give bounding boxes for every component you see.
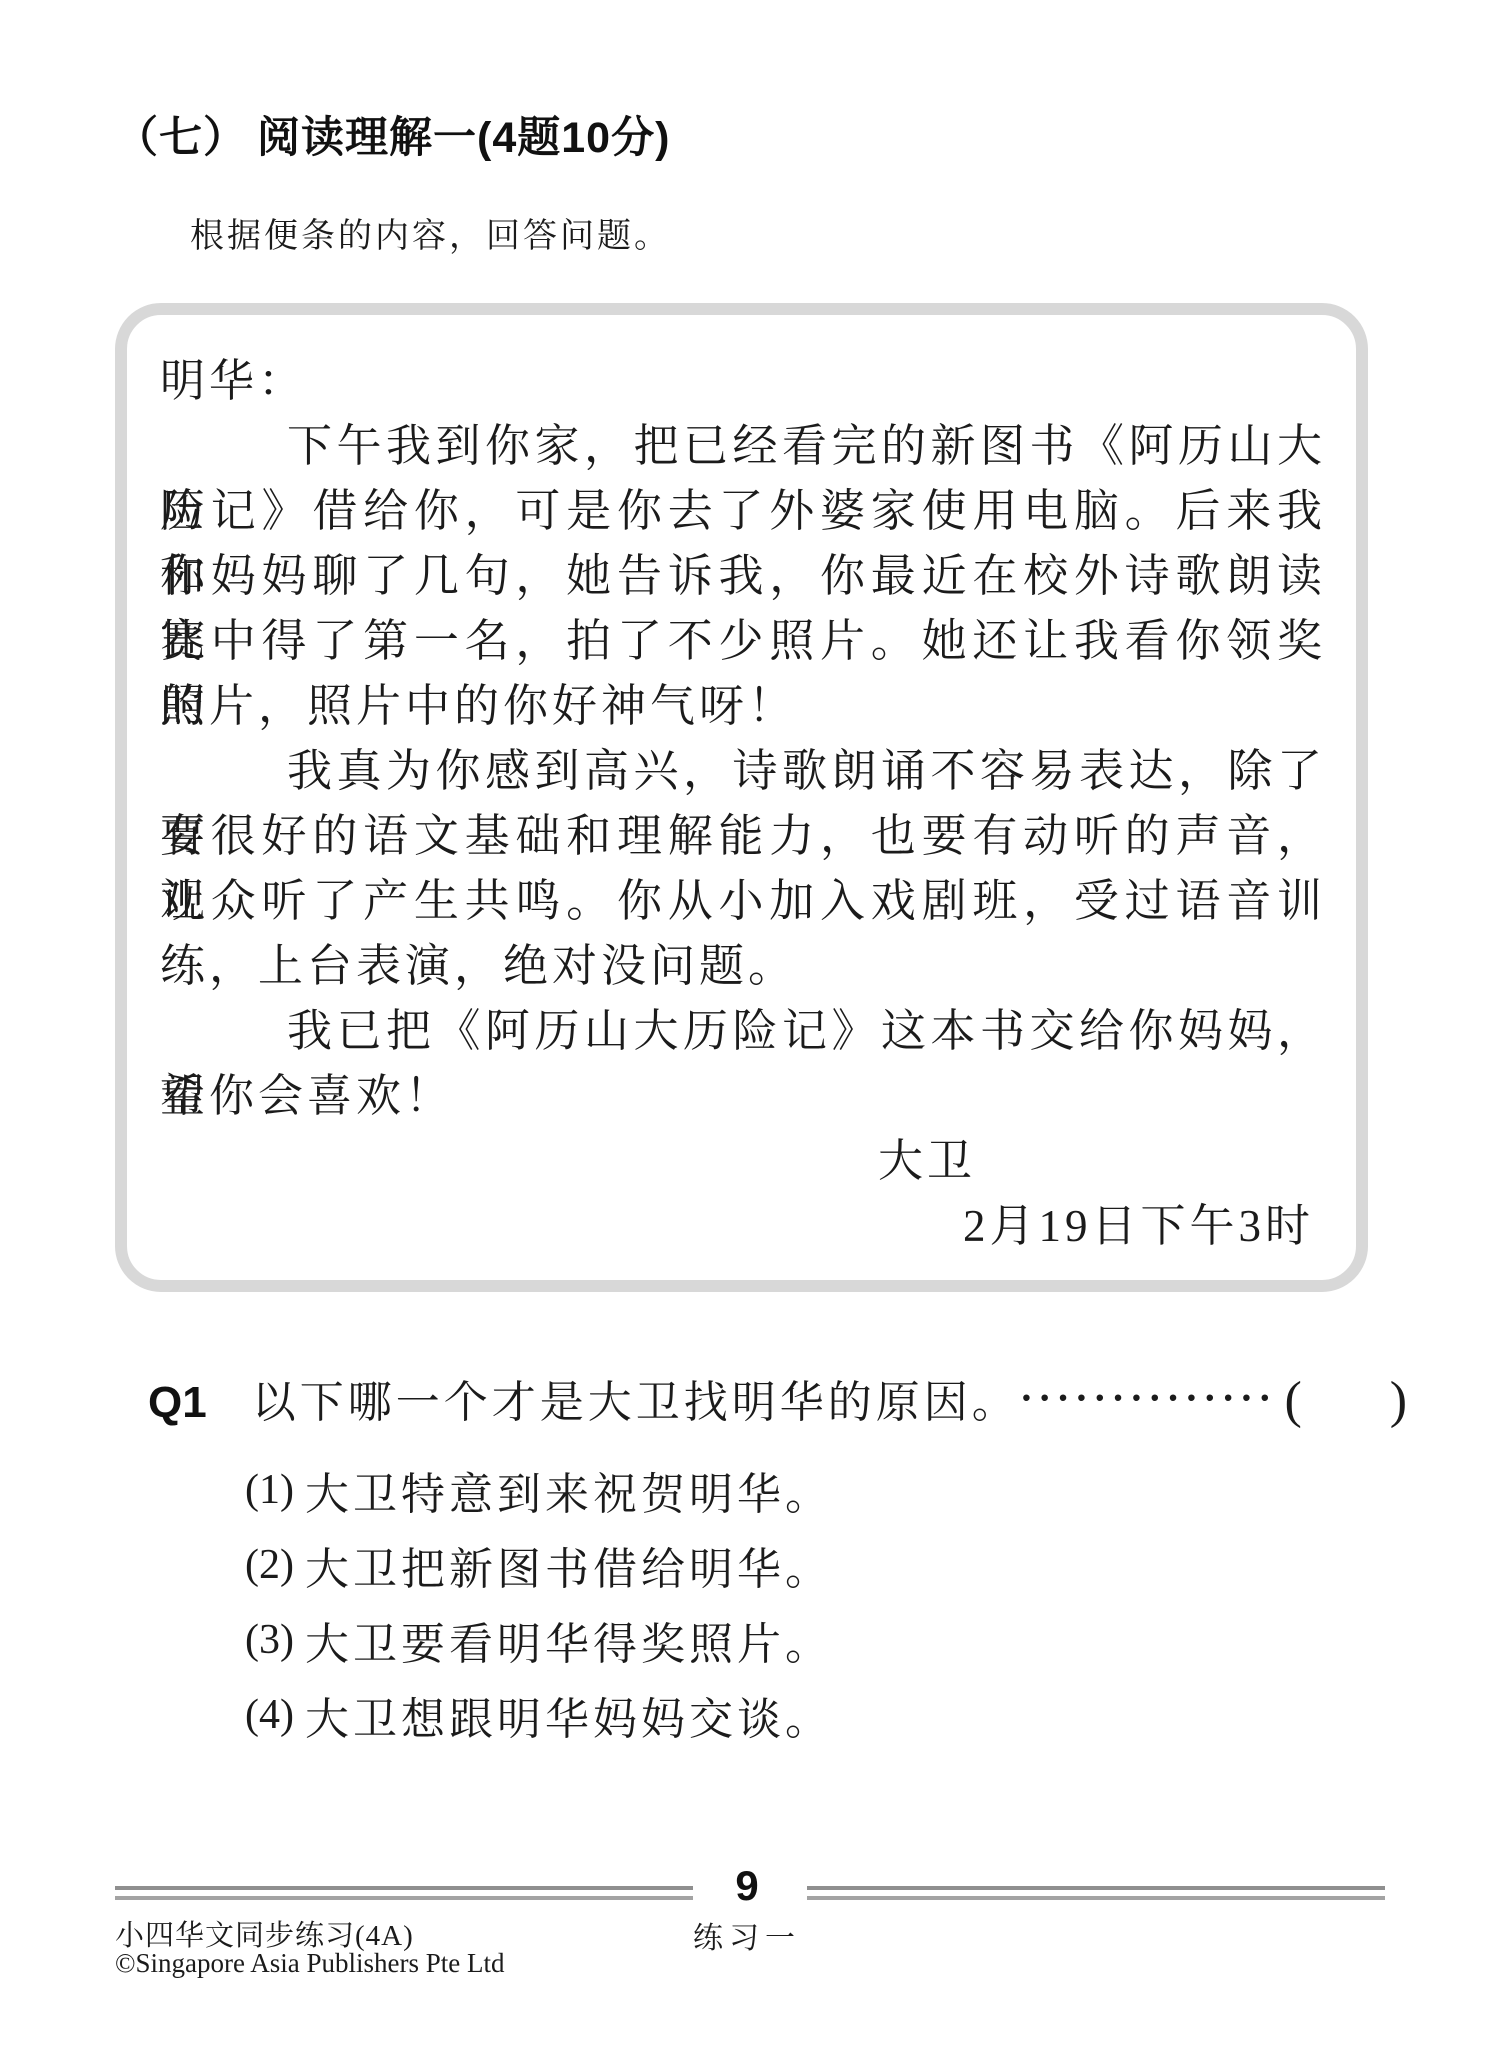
instruction-text: 根据便条的内容，回答问题。 (190, 208, 671, 257)
option-2-number: (2) (245, 1541, 305, 1589)
question-1-options: (1) 大卫特意到来祝贺明华。 (2) 大卫把新图书借给明华。 (3) 大卫要看… (245, 1452, 1345, 1752)
option-4-text: 大卫想跟明华妈妈交谈。 (305, 1683, 833, 1747)
option-2-text: 大卫把新图书借给明华。 (305, 1533, 833, 1597)
section-number: （七） (115, 114, 247, 162)
note-signature: 大卫 (160, 1129, 1326, 1194)
note-line: 险记》借给你，可是你去了外婆家使用电脑。后来我和 (160, 479, 1326, 544)
leader-dots: ·············· (1020, 1374, 1277, 1421)
question-1-label: Q1 (148, 1378, 207, 1428)
option-1-text: 大卫特意到来祝贺明华。 (305, 1458, 833, 1522)
note-line: 照片，照片中的你好神气呀！ (160, 674, 1326, 739)
workbook-page: （七）阅读理解一(4题10分) 根据便条的内容，回答问题。 明华： 下午我到你家… (0, 0, 1500, 2051)
note-line: 赛中得了第一名，拍了不少照片。她还让我看你领奖的 (160, 609, 1326, 674)
option-4-number: (4) (245, 1691, 305, 1739)
bracket-close: ) (1390, 1372, 1407, 1429)
option-3: (3) 大卫要看明华得奖照片。 (245, 1602, 1345, 1677)
option-3-text: 大卫要看明华得奖照片。 (305, 1608, 833, 1672)
section-heading: （七）阅读理解一(4题10分) (115, 104, 670, 165)
footer-rule-right (807, 1886, 1385, 1900)
option-4: (4) 大卫想跟明华妈妈交谈。 (245, 1677, 1345, 1752)
note-box: 明华： 下午我到你家，把已经看完的新图书《阿历山大历 险记》借给你，可是你去了外… (115, 303, 1368, 1292)
note-salutation: 明华： (160, 349, 1326, 414)
section-meta: (4题10分) (477, 114, 670, 162)
note-line: 你妈妈聊了几句，她告诉我，你最近在校外诗歌朗读比 (160, 544, 1326, 609)
option-3-number: (3) (245, 1616, 305, 1664)
note-line: 我已把《阿历山大历险记》这本书交给你妈妈，希 (160, 999, 1326, 1064)
question-1-text: 以下哪一个才是大卫找明华的原因。 (252, 1366, 1020, 1430)
option-1: (1) 大卫特意到来祝贺明华。 (245, 1452, 1345, 1527)
question-1: Q1 以下哪一个才是大卫找明华的原因。 ·············· () (148, 1366, 1358, 1428)
section-title: 阅读理解一 (257, 114, 477, 162)
option-2: (2) 大卫把新图书借给明华。 (245, 1527, 1345, 1602)
answer-bracket: () (1284, 1371, 1407, 1430)
footer-copyright: ©Singapore Asia Publishers Pte Ltd (115, 1948, 505, 1979)
note-line: 有很好的语文基础和理解能力，也要有动听的声音，让 (160, 804, 1326, 869)
note-line: 练，上台表演，绝对没问题。 (160, 934, 1326, 999)
note-line: 望你会喜欢！ (160, 1064, 1326, 1129)
footer-exercise-label: 练习一 (652, 1913, 842, 1957)
footer-rule-left (115, 1886, 693, 1900)
answer-leader: ·············· () (1020, 1371, 1407, 1430)
bracket-open: ( (1284, 1372, 1301, 1429)
note-line: 我真为你感到高兴，诗歌朗诵不容易表达，除了要 (160, 739, 1326, 804)
note-line: 下午我到你家，把已经看完的新图书《阿历山大历 (160, 414, 1326, 479)
page-number: 9 (697, 1862, 797, 1910)
note-line: 观众听了产生共鸣。你从小加入戏剧班，受过语音训 (160, 869, 1326, 934)
option-1-number: (1) (245, 1466, 305, 1514)
note-datetime: 2月19日下午3时 (160, 1194, 1326, 1259)
